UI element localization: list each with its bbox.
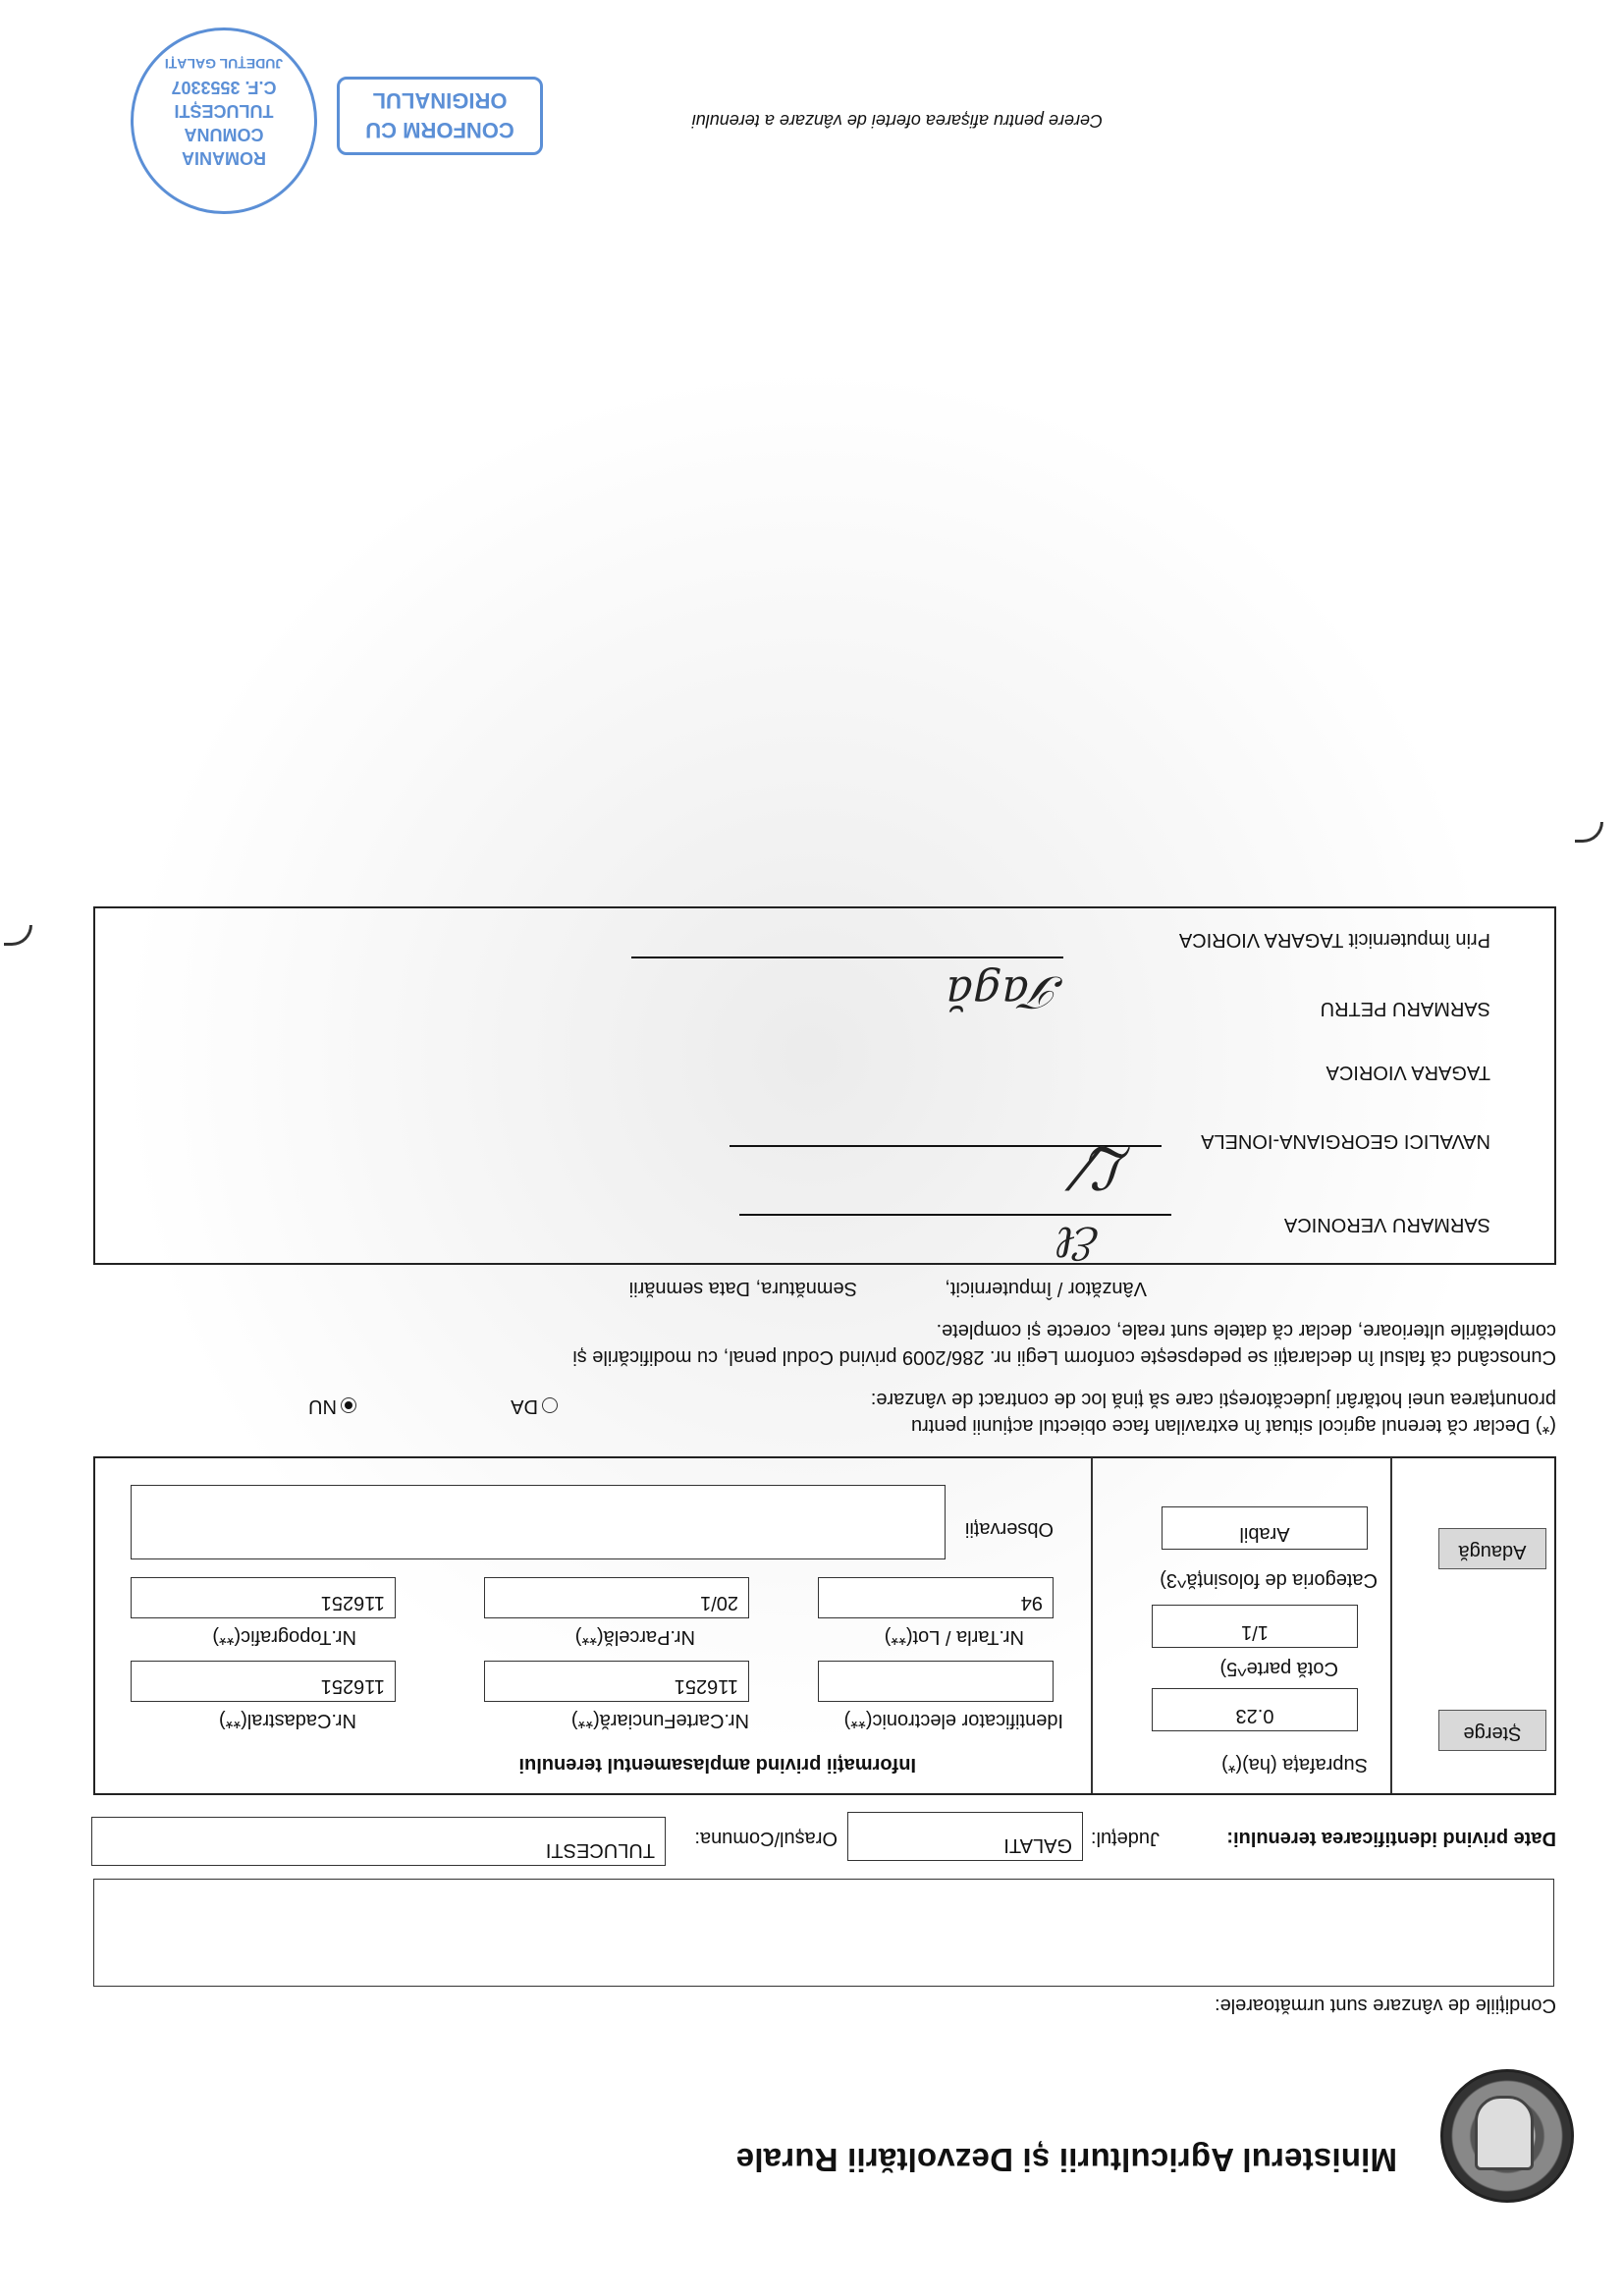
tarla-field[interactable]: 94 bbox=[818, 1577, 1054, 1618]
land-identification-heading: Date privind identificarea terenului: bbox=[1226, 1827, 1556, 1849]
signatory-name: TAGARA VIORICA bbox=[1326, 1061, 1490, 1083]
column-divider bbox=[1390, 1457, 1392, 1793]
signature-mark: ℰℓ bbox=[1056, 1217, 1103, 1270]
cadastral-field[interactable]: 116251 bbox=[131, 1661, 396, 1702]
delete-button[interactable]: Șterge bbox=[1438, 1710, 1546, 1751]
conform-cu-originalul-stamp: CONFORM CU ORIGINALUL bbox=[337, 77, 543, 155]
option-da[interactable]: DA bbox=[511, 1394, 558, 1417]
conditions-field[interactable] bbox=[93, 1879, 1554, 1987]
conditions-label: Condițiile de vânzare sunt următoarele: bbox=[1215, 1994, 1556, 2016]
land-book-label: Nr.CarteFunciară(**) bbox=[571, 1709, 749, 1731]
electronic-id-label: Identificator electronic(**) bbox=[844, 1709, 1063, 1731]
observations-field[interactable] bbox=[131, 1485, 946, 1559]
legal-line2: completările ulterioare, declar că datel… bbox=[83, 1319, 1556, 1341]
signature-column-header: Semnătura, Data semnării bbox=[629, 1277, 857, 1299]
binder-mark bbox=[4, 925, 32, 946]
declaration-line1: (*) Declar că terenul agricol situat în … bbox=[574, 1414, 1556, 1437]
option-nu[interactable]: NU bbox=[308, 1394, 356, 1417]
town-field[interactable]: TULUCESTI bbox=[91, 1817, 666, 1866]
electronic-id-field[interactable] bbox=[818, 1661, 1054, 1702]
signature-mark: 𝒯agă bbox=[946, 964, 1063, 1019]
signatures-panel bbox=[93, 906, 1556, 1265]
surface-label: Suprafața (ha)(*) bbox=[1221, 1753, 1368, 1776]
signature-line bbox=[739, 1214, 1171, 1216]
signatory-name: Prin împuternicit TAGARA VIORICA bbox=[1179, 928, 1490, 951]
commune-seal-stamp: ROMANIA COMUNA TULUCEȘTI C.F. 3553307 JU… bbox=[131, 27, 317, 214]
signature-mark: ℒ⁄ bbox=[1080, 1132, 1132, 1201]
tarla-label: Nr.Tarla / Lot(**) bbox=[885, 1625, 1024, 1648]
topo-field[interactable]: 116251 bbox=[131, 1577, 396, 1618]
add-button[interactable]: Adaugă bbox=[1438, 1528, 1546, 1569]
use-category-field[interactable]: Arabil bbox=[1162, 1506, 1368, 1550]
form-title-footer: Cerere pentru afișarea ofertei de vânzar… bbox=[692, 110, 1103, 131]
declaration-line2: pronunțarea unei hotărâri judecătorești … bbox=[574, 1388, 1556, 1410]
document-page: Ministerul Agriculturii și Dezvoltării R… bbox=[0, 0, 1623, 2296]
signatory-name: SARMARU VERONICA bbox=[1284, 1213, 1490, 1235]
parcel-field[interactable]: 20/1 bbox=[484, 1577, 749, 1618]
surface-field[interactable]: 0.23 bbox=[1152, 1688, 1358, 1731]
topo-label: Nr.Topografic(**) bbox=[212, 1625, 356, 1648]
share-label: Cotă parte^5) bbox=[1219, 1657, 1338, 1679]
town-label: Orașul/Comuna: bbox=[694, 1827, 838, 1849]
binder-mark bbox=[1575, 822, 1603, 843]
signatory-name: NAVALICI GEORGIANA-IONELA bbox=[1201, 1129, 1490, 1152]
seller-column-header: Vânzător / Împuternicit, bbox=[945, 1277, 1147, 1299]
use-category-label: Categoria de folosință^3) bbox=[1160, 1568, 1378, 1591]
county-field[interactable]: GALATI bbox=[847, 1812, 1083, 1861]
land-book-field[interactable]: 116251 bbox=[484, 1661, 749, 1702]
share-field[interactable]: 1/1 bbox=[1152, 1605, 1358, 1648]
ministry-crest-icon bbox=[1440, 2069, 1574, 2203]
location-heading: Informații privind amplasamentul terenul… bbox=[518, 1753, 916, 1776]
parcel-label: Nr.Parcelă(**) bbox=[575, 1625, 695, 1648]
signatory-name: SARMARU PETRU bbox=[1321, 997, 1490, 1019]
cadastral-label: Nr.Cadastral(**) bbox=[219, 1709, 356, 1731]
column-divider bbox=[1091, 1457, 1093, 1793]
county-label: Județul: bbox=[1091, 1827, 1160, 1849]
observations-label: Observații bbox=[965, 1517, 1054, 1540]
radio-nu-icon[interactable] bbox=[341, 1397, 356, 1413]
radio-da-icon[interactable] bbox=[542, 1397, 558, 1413]
legal-line1: Cunoscând că falsul în declarații se ped… bbox=[83, 1345, 1556, 1368]
signature-line bbox=[631, 957, 1063, 958]
ministry-title: Ministerul Agriculturii și Dezvoltării R… bbox=[736, 2141, 1397, 2178]
